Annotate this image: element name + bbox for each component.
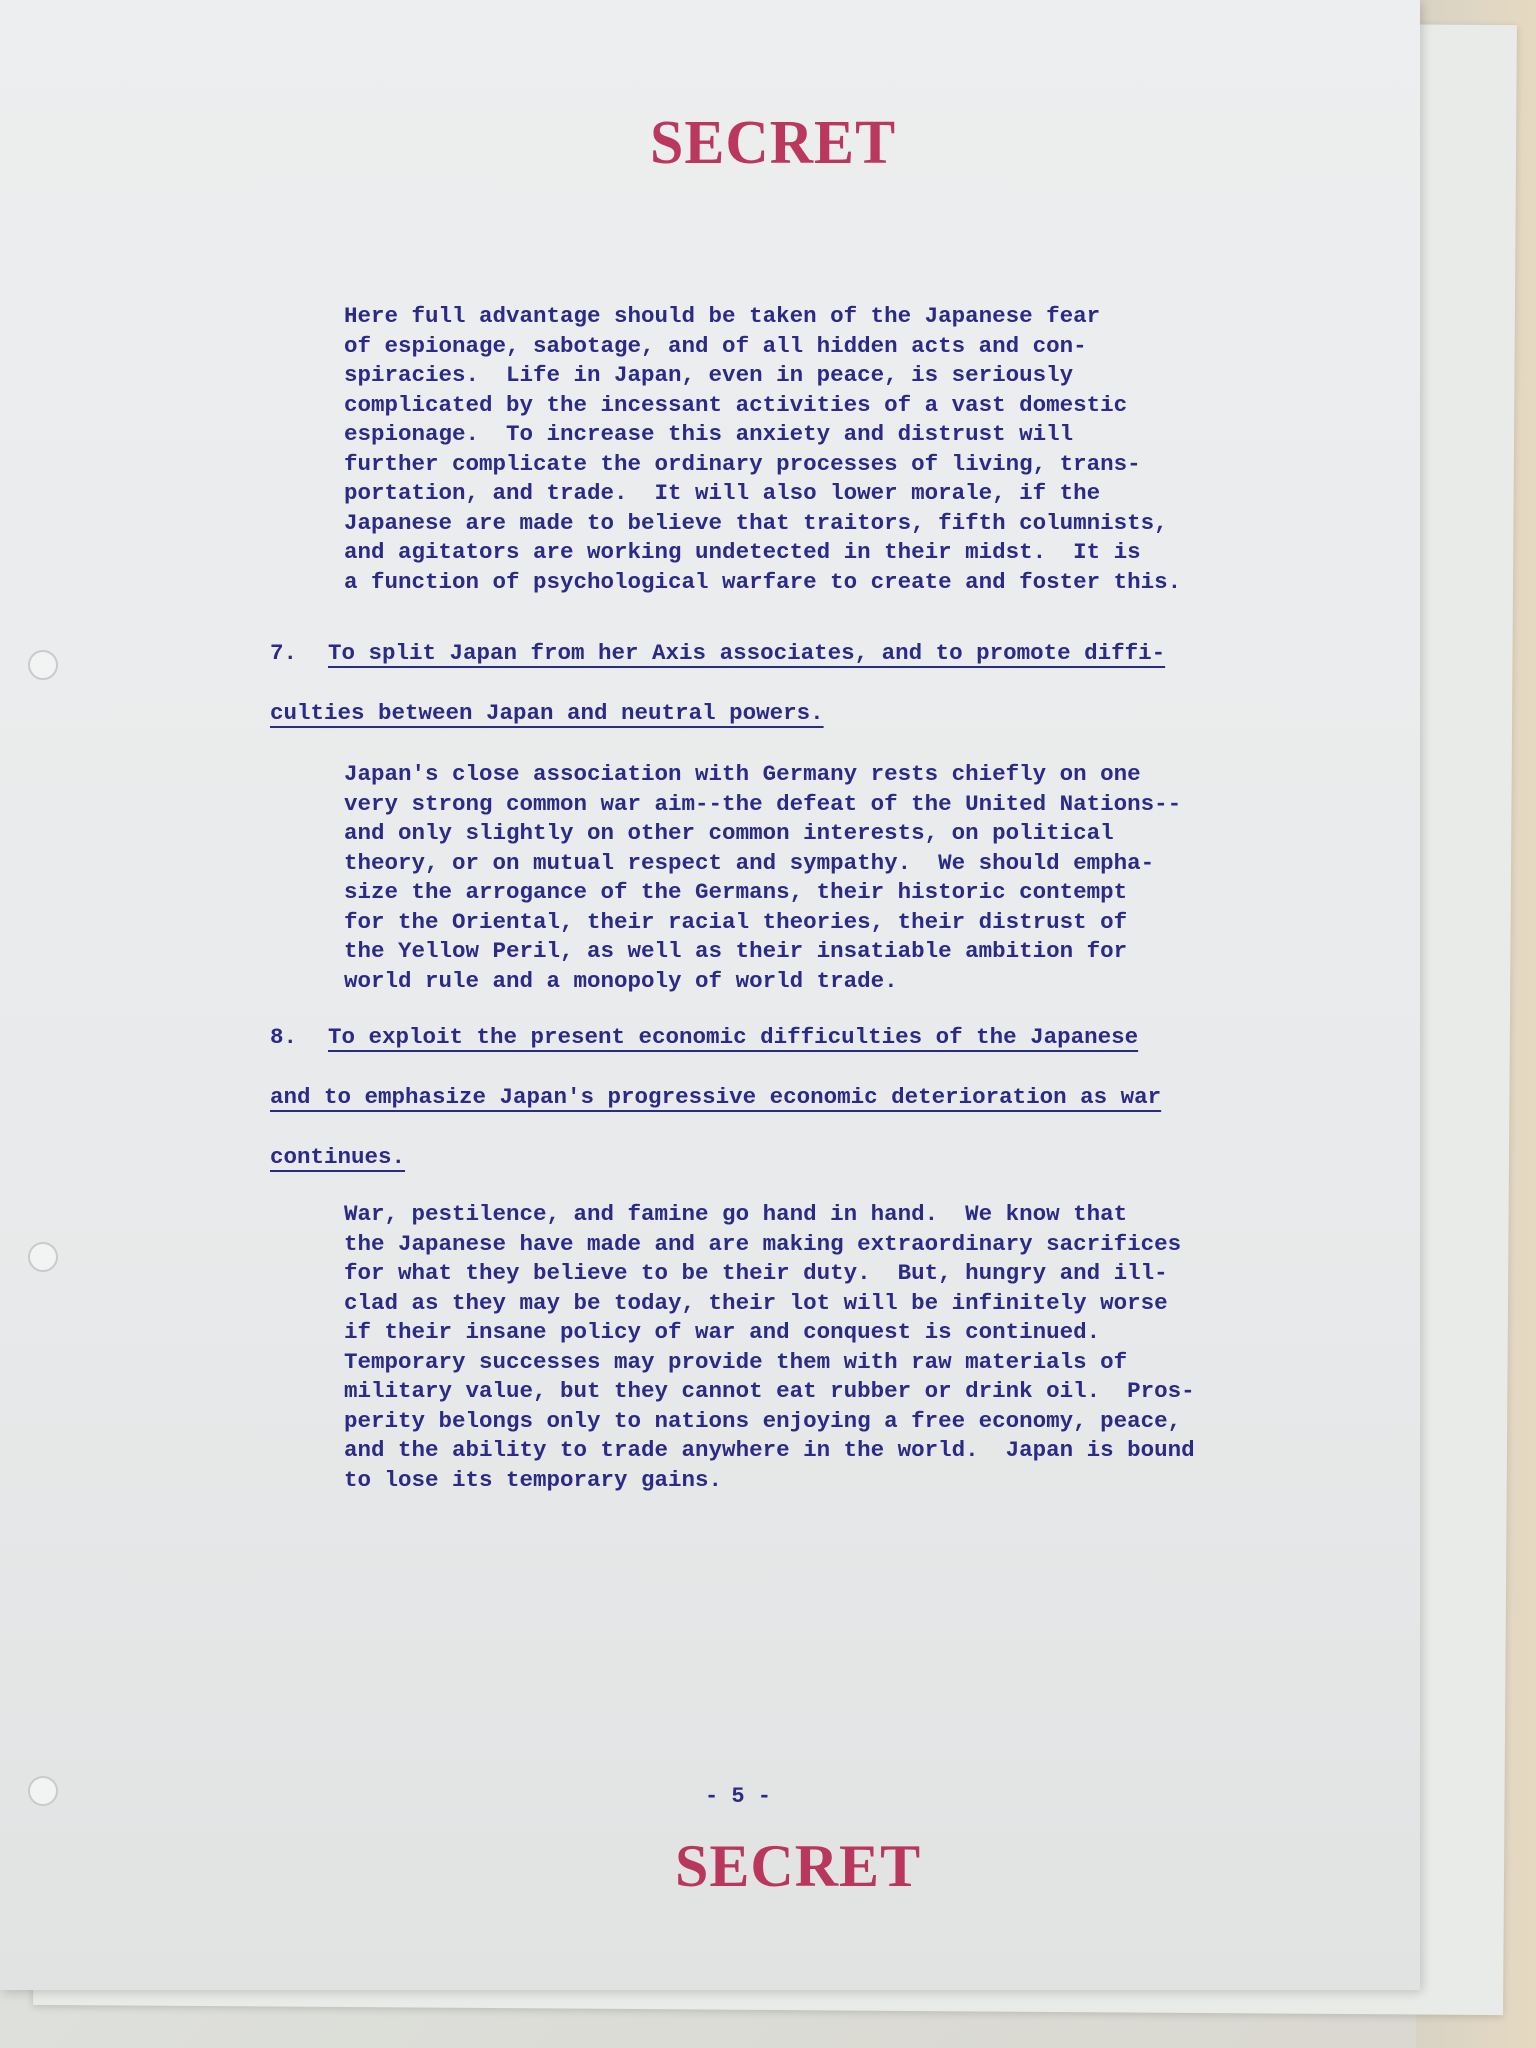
section-heading-text: To split Japan from her Axis associates,… [328, 640, 1165, 666]
section-8-heading-cont: continues. [270, 1144, 405, 1170]
section-8-body: War, pestilence, and famine go hand in h… [344, 1200, 1195, 1495]
section-heading-text: To exploit the present economic difficul… [328, 1024, 1138, 1050]
section-heading-text: culties between Japan and neutral powers… [270, 700, 824, 726]
section-8-heading-cont: and to emphasize Japan's progressive eco… [270, 1084, 1161, 1110]
section-8-heading: 8.To exploit the present economic diffic… [270, 1024, 1138, 1050]
section-number: 7. [270, 640, 328, 666]
page-number: - 5 - [705, 1784, 771, 1809]
section-heading-text: and to emphasize Japan's progressive eco… [270, 1084, 1161, 1110]
section-7-body: Japan's close association with Germany r… [344, 760, 1181, 996]
section-number: 8. [270, 1024, 328, 1050]
punch-hole [28, 650, 58, 680]
classification-stamp-bottom: SECRET [675, 1832, 921, 1901]
paragraph-espionage: Here full advantage should be taken of t… [344, 302, 1181, 597]
classification-stamp-top: SECRET [650, 106, 896, 178]
section-7-heading: 7.To split Japan from her Axis associate… [270, 640, 1165, 666]
punch-hole [28, 1776, 58, 1806]
punch-hole [28, 1242, 58, 1272]
document-page: SECRET Here full advantage should be tak… [0, 0, 1420, 1990]
section-7-heading-cont: culties between Japan and neutral powers… [270, 700, 824, 726]
section-heading-text: continues. [270, 1144, 405, 1170]
